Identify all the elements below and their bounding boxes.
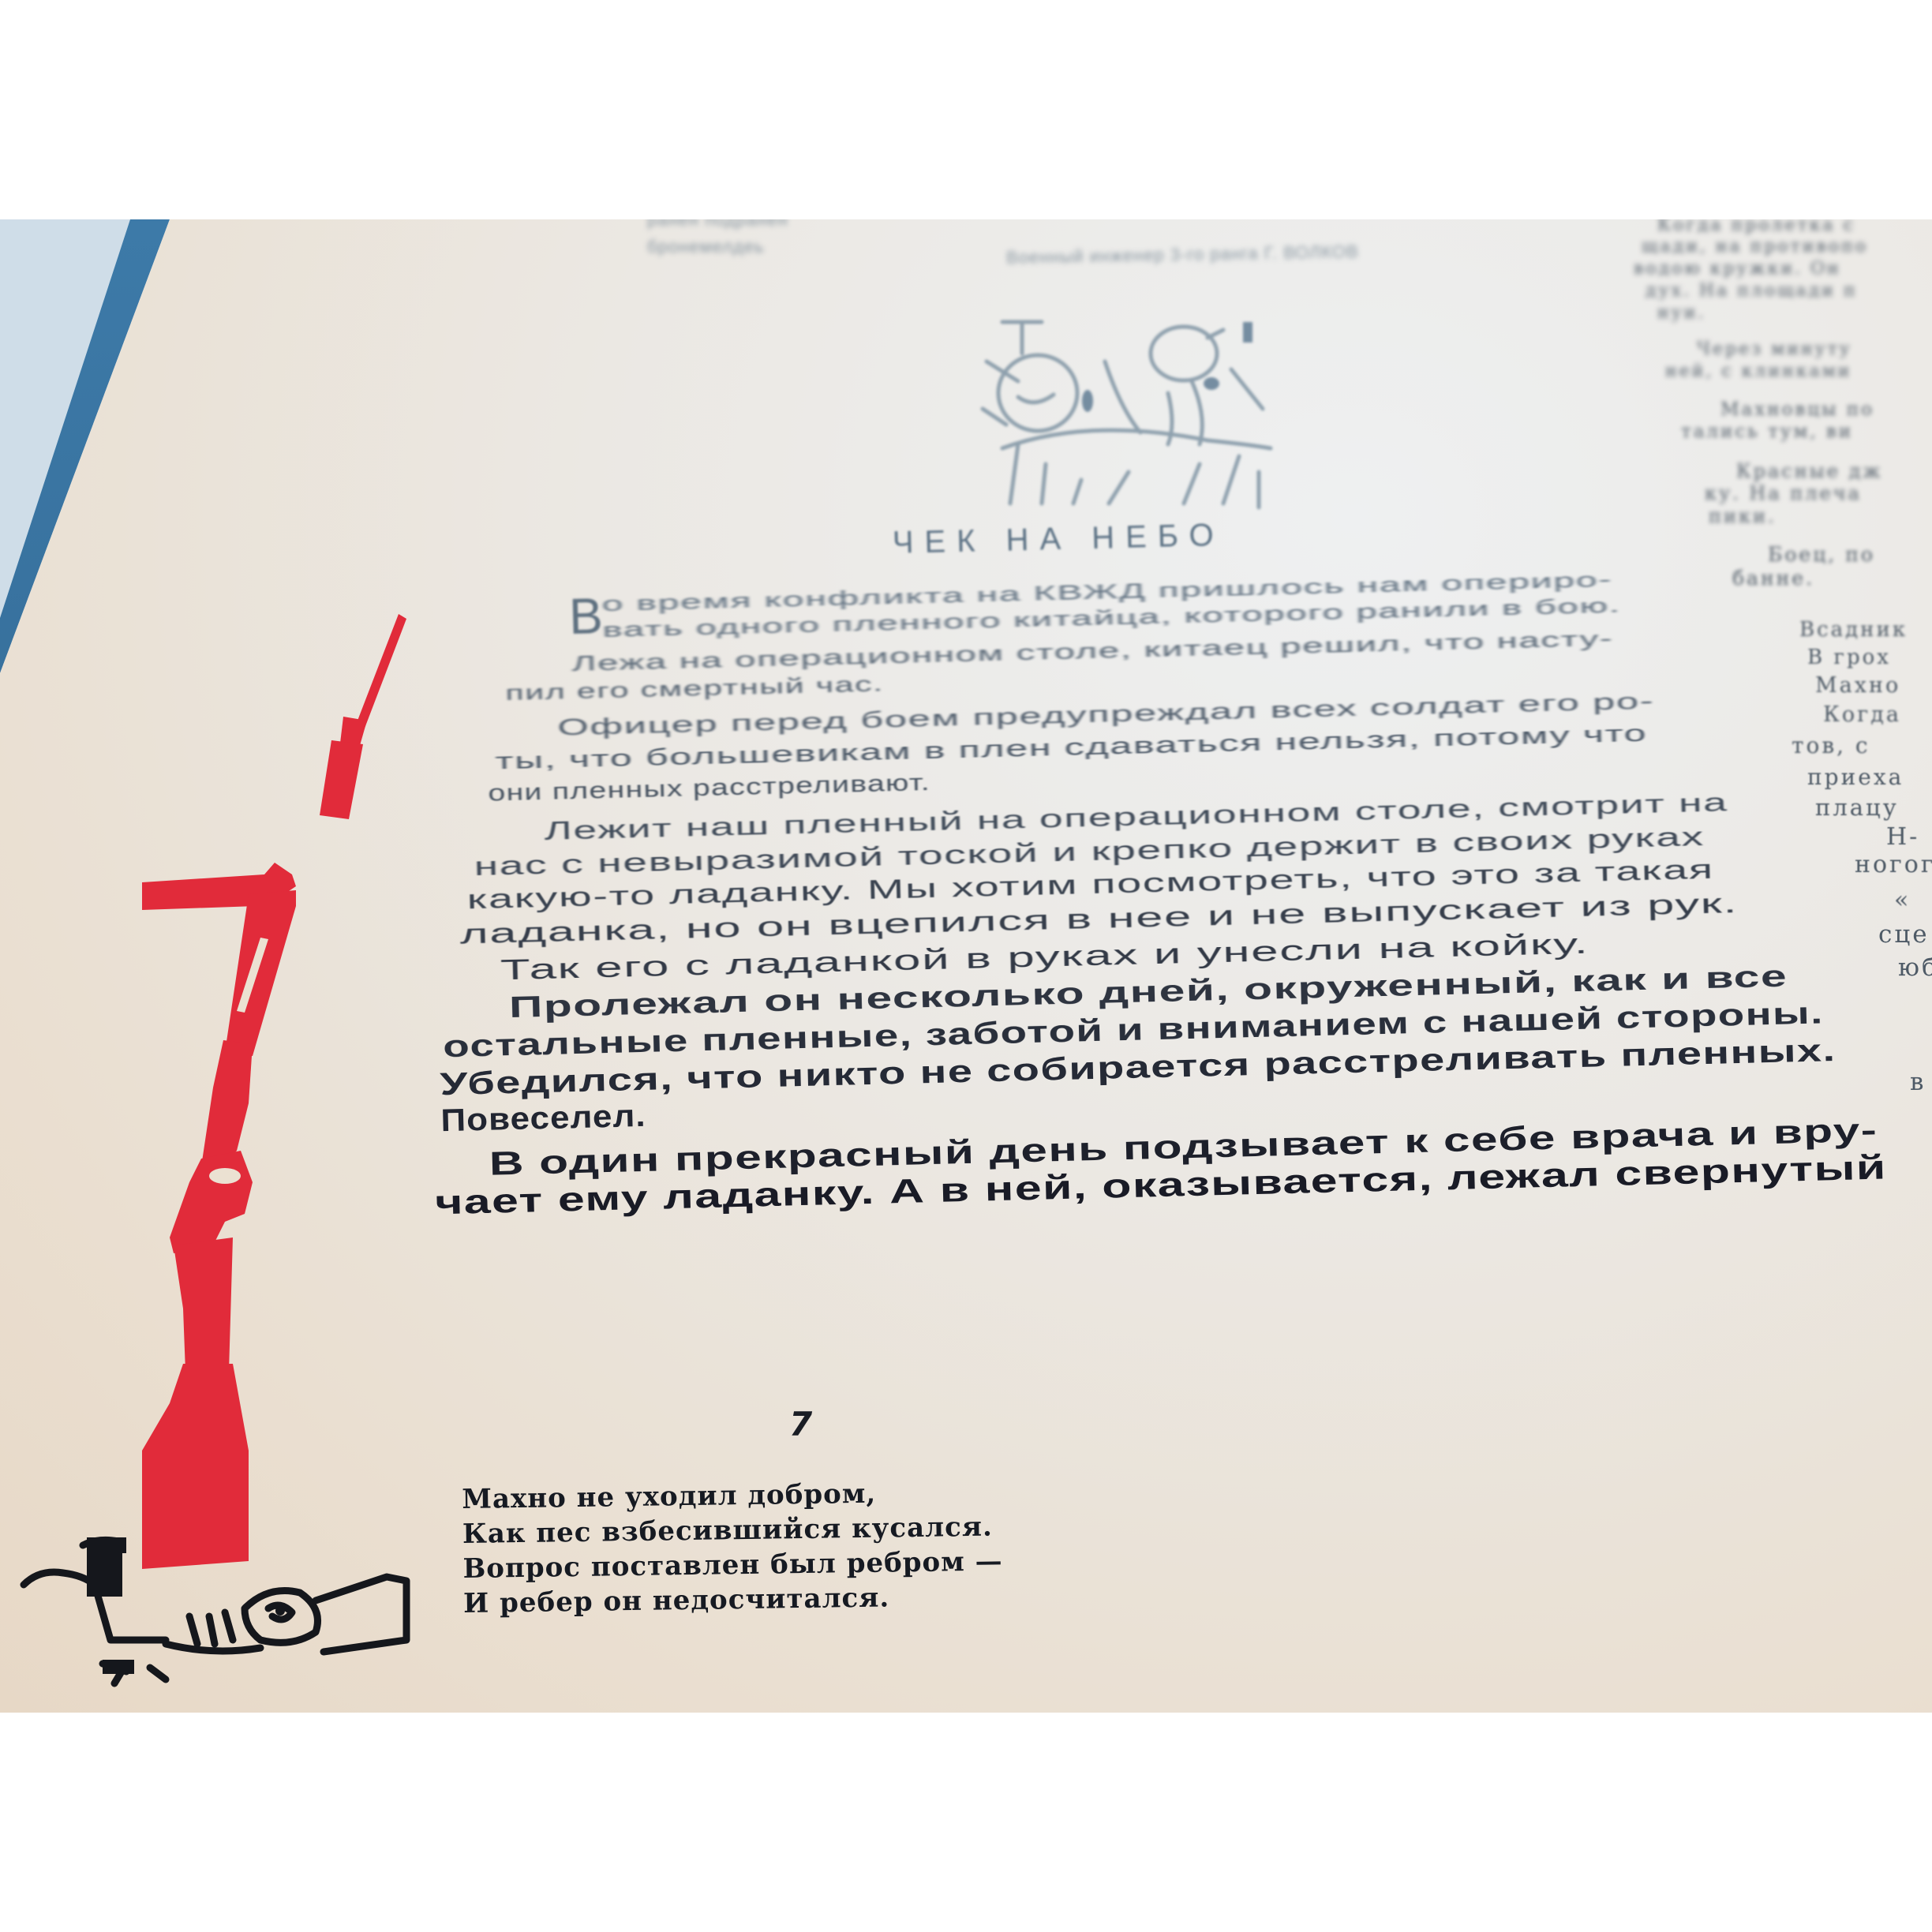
right-column-fragment: ногого [1855,851,1932,878]
bottom-white-border [0,1713,1932,1932]
right-column-fragment: В грох [1807,646,1891,669]
right-column-fragment: юб [1898,953,1932,982]
right-column-fragment: Всадник [1799,618,1908,642]
right-column-fragment: Через минуту [1697,339,1852,359]
right-column-fragment: нуи. [1657,303,1705,323]
right-column-fragment: тов, с [1792,732,1870,758]
right-column-fragment: Боец, по [1768,543,1875,566]
right-column-fragment: Когда [1823,702,1901,727]
right-column-fragment: « [1894,886,1911,914]
header-fragment-left-2: бронемелдеь [647,237,764,257]
right-column-fragment: Красные дж [1736,460,1882,482]
satirical-verse: Махно не уходил добром, Как пес взбесивш… [462,1474,1003,1621]
right-column-fragment: сце [1878,920,1930,949]
right-column-fragment: ней, с клинками [1665,361,1851,381]
right-column-fragment: пики. [1709,505,1777,527]
article-line: Повеселел. [440,1099,646,1139]
page-number: 7 [789,1405,812,1443]
right-column-fragment: тались тум, ви [1681,421,1853,442]
header-fragment-left: ранен подранен [647,219,788,230]
right-column-fragment: банне. [1732,567,1814,590]
bed-sketch-illustration [971,306,1302,511]
right-column-fragment: водою кружки. Он [1634,259,1841,279]
top-white-border [0,0,1932,219]
right-column-fragment: плацу [1815,794,1899,821]
right-column-fragment: Когда пролетка с [1657,219,1855,235]
right-column-fragment: щади, на противопо [1642,237,1868,256]
fallen-makhno-caricature [8,1514,418,1687]
drop-cap: В [568,586,604,646]
right-column-fragment: Махновцы по [1720,399,1874,420]
right-column-fragment: приеха [1807,764,1904,790]
book-page-photo: ранен подранен бронемелдеь Военный инжен… [0,219,1932,1713]
right-column-fragment: ку. На плеча [1705,482,1862,504]
right-column-fragment: Н- [1886,823,1919,851]
right-column-fragment: дух. На площади п [1646,281,1858,301]
right-column-fragment: Махно [1815,673,1900,698]
right-column-fragment: в [1910,1068,1926,1096]
